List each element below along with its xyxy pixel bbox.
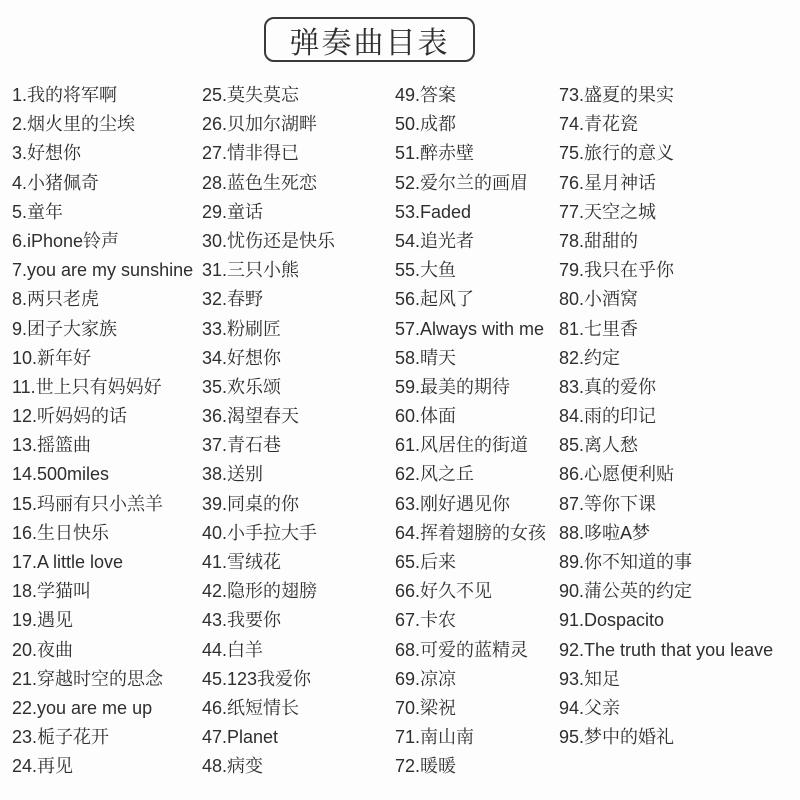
song-column-1: 1.我的将军啊2.烟火里的尘埃3.好想你4.小猪佩奇5.童年6.iPhone铃声…	[12, 81, 193, 782]
list-item: 71.南山南	[395, 723, 546, 752]
list-item: 38.送别	[202, 460, 335, 489]
list-item: 30.忧伤还是快乐	[202, 227, 335, 256]
list-item: 27.情非得已	[202, 139, 335, 168]
list-item: 49.答案	[395, 81, 546, 110]
list-item: 33.粉刷匠	[202, 315, 335, 344]
list-item: 12.听妈妈的话	[12, 402, 193, 431]
list-item: 66.好久不见	[395, 577, 546, 606]
list-item: 52.爱尔兰的画眉	[395, 169, 546, 198]
list-item: 31.三只小熊	[202, 256, 335, 285]
list-item: 17.A little love	[12, 548, 193, 577]
list-item: 78.甜甜的	[559, 227, 773, 256]
list-item: 34.好想你	[202, 344, 335, 373]
list-item: 10.新年好	[12, 344, 193, 373]
list-item: 54.追光者	[395, 227, 546, 256]
list-item: 24.再见	[12, 752, 193, 781]
list-item: 74.青花瓷	[559, 110, 773, 139]
list-item: 23.栀子花开	[12, 723, 193, 752]
list-item: 7.you are my sunshine	[12, 256, 193, 285]
list-item: 22.you are me up	[12, 694, 193, 723]
list-item: 53.Faded	[395, 198, 546, 227]
list-item: 79.我只在乎你	[559, 256, 773, 285]
list-item: 80.小酒窝	[559, 285, 773, 314]
list-item: 89.你不知道的事	[559, 548, 773, 577]
list-item: 94.父亲	[559, 694, 773, 723]
list-item: 67.卡农	[395, 606, 546, 635]
list-item: 81.七里香	[559, 315, 773, 344]
list-item: 45.123我爱你	[202, 665, 335, 694]
list-item: 35.欢乐颂	[202, 373, 335, 402]
list-item: 21.穿越时空的思念	[12, 665, 193, 694]
list-item: 40.小手拉大手	[202, 519, 335, 548]
list-item: 48.病变	[202, 752, 335, 781]
list-item: 51.醉赤壁	[395, 139, 546, 168]
list-item: 58.晴天	[395, 344, 546, 373]
list-item: 36.渴望春天	[202, 402, 335, 431]
list-item: 60.体面	[395, 402, 546, 431]
list-item: 72.暖暖	[395, 752, 546, 781]
list-item: 55.大鱼	[395, 256, 546, 285]
list-item: 9.团子大家族	[12, 315, 193, 344]
list-item: 75.旅行的意义	[559, 139, 773, 168]
list-item: 85.离人愁	[559, 431, 773, 460]
list-item: 37.青石巷	[202, 431, 335, 460]
list-item: 25.莫失莫忘	[202, 81, 335, 110]
list-item: 56.起风了	[395, 285, 546, 314]
list-item: 63.刚好遇见你	[395, 490, 546, 519]
list-item: 4.小猪佩奇	[12, 169, 193, 198]
list-item: 68.可爱的蓝精灵	[395, 636, 546, 665]
list-item: 32.春野	[202, 285, 335, 314]
list-item: 26.贝加尔湖畔	[202, 110, 335, 139]
list-item: 69.凉凉	[395, 665, 546, 694]
list-item: 86.心愿便利贴	[559, 460, 773, 489]
list-item: 77.天空之城	[559, 198, 773, 227]
list-item: 6.iPhone铃声	[12, 227, 193, 256]
song-sheet-page: 弹奏曲目表 1.我的将军啊2.烟火里的尘埃3.好想你4.小猪佩奇5.童年6.iP…	[0, 0, 800, 800]
list-item: 11.世上只有妈妈好	[12, 373, 193, 402]
song-columns: 1.我的将军啊2.烟火里的尘埃3.好想你4.小猪佩奇5.童年6.iPhone铃声…	[0, 0, 800, 800]
list-item: 65.后来	[395, 548, 546, 577]
list-item: 70.梁祝	[395, 694, 546, 723]
list-item: 59.最美的期待	[395, 373, 546, 402]
song-column-3: 49.答案50.成都51.醉赤壁52.爱尔兰的画眉53.Faded54.追光者5…	[395, 81, 546, 782]
list-item: 43.我要你	[202, 606, 335, 635]
list-item: 84.雨的印记	[559, 402, 773, 431]
song-column-2: 25.莫失莫忘26.贝加尔湖畔27.情非得已28.蓝色生死恋29.童话30.忧伤…	[202, 81, 335, 782]
list-item: 13.摇篮曲	[12, 431, 193, 460]
list-item: 93.知足	[559, 665, 773, 694]
list-item: 14.500miles	[12, 460, 193, 489]
list-item: 5.童年	[12, 198, 193, 227]
list-item: 88.哆啦A梦	[559, 519, 773, 548]
list-item: 20.夜曲	[12, 636, 193, 665]
list-item: 16.生日快乐	[12, 519, 193, 548]
list-item: 18.学猫叫	[12, 577, 193, 606]
list-item: 64.挥着翅膀的女孩	[395, 519, 546, 548]
list-item: 57.Always with me	[395, 315, 546, 344]
list-item: 76.星月神话	[559, 169, 773, 198]
list-item: 41.雪绒花	[202, 548, 335, 577]
list-item: 28.蓝色生死恋	[202, 169, 335, 198]
list-item: 2.烟火里的尘埃	[12, 110, 193, 139]
list-item: 92.The truth that you leave	[559, 636, 773, 665]
list-item: 91.Dospacito	[559, 606, 773, 635]
song-column-4: 73.盛夏的果实74.青花瓷75.旅行的意义76.星月神话77.天空之城78.甜…	[559, 81, 773, 752]
list-item: 82.约定	[559, 344, 773, 373]
list-item: 47.Planet	[202, 723, 335, 752]
list-item: 61.风居住的街道	[395, 431, 546, 460]
list-item: 95.梦中的婚礼	[559, 723, 773, 752]
list-item: 8.两只老虎	[12, 285, 193, 314]
list-item: 50.成都	[395, 110, 546, 139]
list-item: 83.真的爱你	[559, 373, 773, 402]
list-item: 44.白羊	[202, 636, 335, 665]
list-item: 1.我的将军啊	[12, 81, 193, 110]
list-item: 3.好想你	[12, 139, 193, 168]
list-item: 87.等你下课	[559, 490, 773, 519]
list-item: 62.风之丘	[395, 460, 546, 489]
list-item: 15.玛丽有只小羔羊	[12, 490, 193, 519]
list-item: 90.蒲公英的约定	[559, 577, 773, 606]
list-item: 46.纸短情长	[202, 694, 335, 723]
list-item: 42.隐形的翅膀	[202, 577, 335, 606]
list-item: 19.遇见	[12, 606, 193, 635]
list-item: 73.盛夏的果实	[559, 81, 773, 110]
list-item: 39.同桌的你	[202, 490, 335, 519]
list-item: 29.童话	[202, 198, 335, 227]
